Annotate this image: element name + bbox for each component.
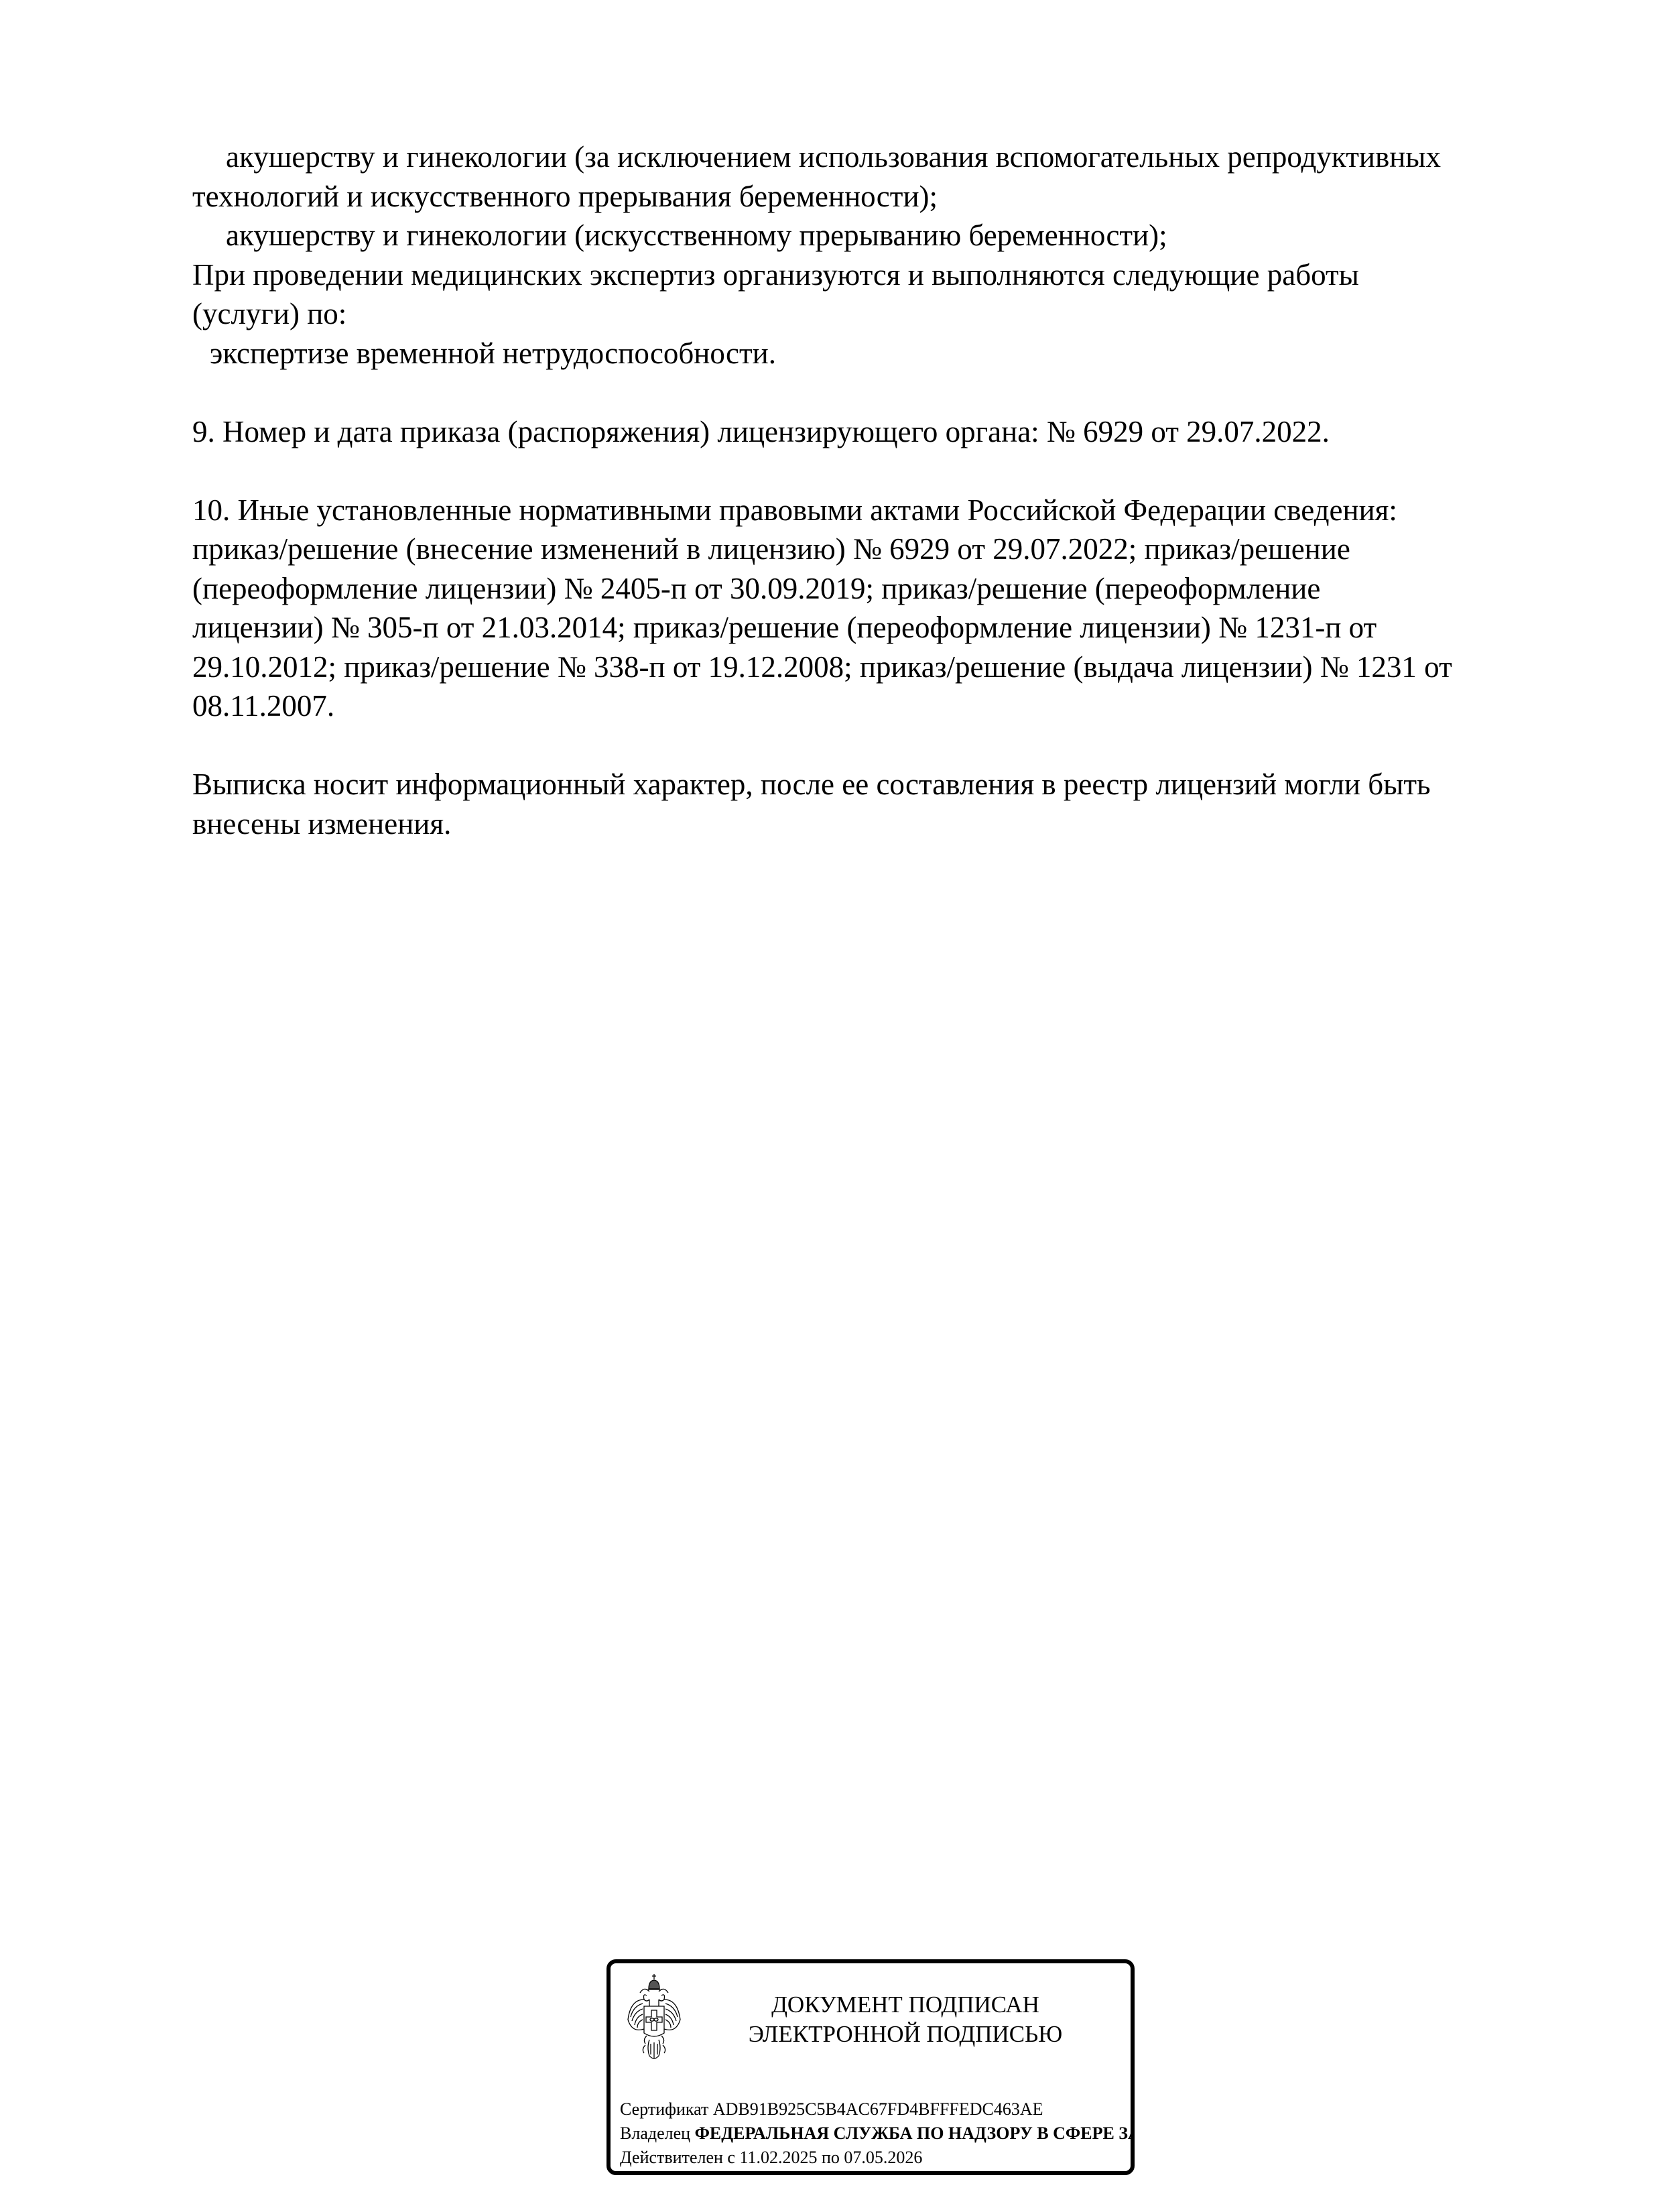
- owner-row: Владелец ФЕДЕРАЛЬНАЯ СЛУЖБА ПО НАДЗОРУ В…: [620, 2122, 1135, 2146]
- spacer: [192, 726, 1573, 765]
- document-body: акушерству и гинекологии (за исключением…: [192, 137, 1573, 843]
- expertise-heading: При проведении медицинских экспертиз орг…: [192, 255, 1573, 295]
- expertise-heading-cont: (услуги) по:: [192, 294, 1573, 334]
- other-info-line: (переоформление лицензии) № 2405-п от 30…: [192, 569, 1573, 609]
- stamp-details: Сертификат ADB91B925C5B4AC67FD4BFFFEDC46…: [620, 2097, 1135, 2170]
- service-item-obstetrics-2: акушерству и гинекологии (искусственному…: [192, 216, 1573, 255]
- expertise-item: экспертизе временной нетрудоспособности.: [192, 334, 1573, 373]
- spacer: [192, 451, 1573, 491]
- validity-row: Действителен с 11.02.2025 по 07.05.2026: [620, 2146, 1135, 2170]
- disclaimer-line: внесены изменения.: [192, 804, 1573, 844]
- stamp-title-line1: ДОКУМЕНТ ПОДПИСАН: [711, 1990, 1100, 2020]
- other-info-paragraph: 10. Иные установленные нормативными прав…: [192, 491, 1573, 726]
- owner-label: Владелец: [620, 2124, 690, 2143]
- electronic-signature-stamp: ДОКУМЕНТ ПОДПИСАН ЭЛЕКТРОННОЙ ПОДПИСЬЮ С…: [606, 1959, 1135, 2175]
- stamp-title: ДОКУМЕНТ ПОДПИСАН ЭЛЕКТРОННОЙ ПОДПИСЬЮ: [711, 1990, 1100, 2049]
- certificate-value: ADB91B925C5B4AC67FD4BFFFEDC463AE: [713, 2099, 1043, 2119]
- stamp-title-line2: ЭЛЕКТРОННОЙ ПОДПИСЬЮ: [711, 2020, 1100, 2049]
- disclaimer-paragraph: Выписка носит информационный характер, п…: [192, 765, 1573, 843]
- order-number-paragraph: 9. Номер и дата приказа (распоряжения) л…: [192, 412, 1573, 452]
- other-info-line: 29.10.2012; приказ/решение № 338-п от 19…: [192, 648, 1573, 687]
- service-item-obstetrics-1: акушерству и гинекологии (за исключением…: [192, 137, 1573, 177]
- certificate-label: Сертификат: [620, 2099, 708, 2119]
- certificate-row: Сертификат ADB91B925C5B4AC67FD4BFFFEDC46…: [620, 2097, 1135, 2122]
- other-info-line: 10. Иные установленные нормативными прав…: [192, 491, 1573, 530]
- service-item-obstetrics-1-cont: технологий и искусственного прерывания б…: [192, 177, 1573, 217]
- spacer: [192, 373, 1573, 412]
- owner-value: ФЕДЕРАЛЬНАЯ СЛУЖБА ПО НАДЗОРУ В СФЕРЕ ЗА…: [695, 2124, 1135, 2143]
- other-info-line: лицензии) № 305-п от 21.03.2014; приказ/…: [192, 608, 1573, 648]
- disclaimer-line: Выписка носит информационный характер, п…: [192, 765, 1573, 804]
- other-info-line: приказ/решение (внесение изменений в лиц…: [192, 530, 1573, 569]
- coat-of-arms-icon: [627, 1973, 682, 2073]
- other-info-line: 08.11.2007.: [192, 686, 1573, 726]
